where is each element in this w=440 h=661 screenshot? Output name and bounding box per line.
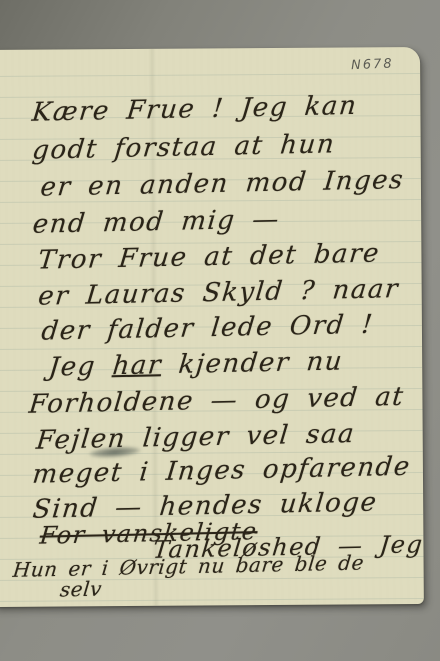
handwritten-line: end mod mig —: [31, 205, 281, 240]
photo-background: N678 Kære Frue ! Jeg kan godt forstaa at…: [0, 0, 440, 661]
handwritten-line: selv: [59, 577, 103, 602]
underlined-word: har: [111, 350, 163, 381]
archive-mark: N678: [351, 56, 394, 73]
handwritten-line: Jeg har kjender nu: [47, 346, 344, 382]
line-lead: Jeg: [47, 351, 114, 382]
letter-page: N678 Kære Frue ! Jeg kan godt forstaa at…: [0, 47, 424, 607]
line-rest: kjender nu: [160, 346, 344, 380]
handwritten-line: godt forstaa at hun: [31, 129, 337, 165]
